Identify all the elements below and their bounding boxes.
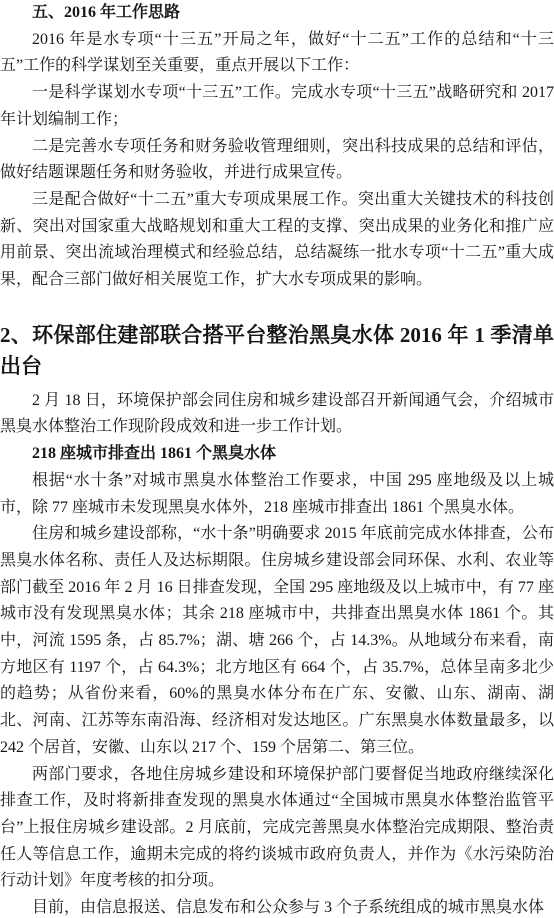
paragraph: 两部门要求，各地住房城乡建设和环境保护部门要督促当地政府继续深化排查工作，及时将… xyxy=(0,762,554,896)
paragraph: 二是完善水专项任务和财务验收管理细则，突出科技成果的总结和评估，做好结题课题任务… xyxy=(0,134,554,187)
section1-heading: 五、2016 年工作思路 xyxy=(0,0,554,27)
paragraph: 住房和城乡建设部称，“水十条”明确要求 2015 年底前完成水体排查，公布黑臭水… xyxy=(0,521,554,761)
paragraph: 2 月 18 日，环境保护部会同住房和城乡建设部召开新闻通气会，介绍城市黑臭水体… xyxy=(0,388,554,441)
paragraph: 一是科学谋划水专项“十三五”工作。完成水专项“十三五”战略研究和 2017 年计… xyxy=(0,80,554,133)
paragraph: 根据“水十条”对城市黑臭水体整治工作要求，中国 295 座地级及以上城市，除 7… xyxy=(0,468,554,521)
document-page: 五、2016 年工作思路 2016 年是水专项“十三五”开局之年，做好“十二五”… xyxy=(0,0,554,918)
section2-heading: 2、环保部住建部联合搭平台整治黑臭水体 2016 年 1 季清单出台 xyxy=(0,320,554,382)
section-black-odor-water: 2、环保部住建部联合搭平台整治黑臭水体 2016 年 1 季清单出台 2 月 1… xyxy=(0,320,554,918)
section-2016-work-plan: 五、2016 年工作思路 2016 年是水专项“十三五”开局之年，做好“十二五”… xyxy=(0,0,554,294)
paragraph: 三是配合做好“十二五”重大专项成果展工作。突出重大关键技术的科技创新、突出对国家… xyxy=(0,187,554,294)
paragraph: 目前，由信息报送、信息发布和公众参与 3 个子系统组成的城市黑臭水体 xyxy=(0,895,554,918)
paragraph: 2016 年是水专项“十三五”开局之年，做好“十二五”工作的总结和“十三五”工作… xyxy=(0,27,554,80)
section2-subheading: 218 座城市排查出 1861 个黑臭水体 xyxy=(0,441,554,468)
